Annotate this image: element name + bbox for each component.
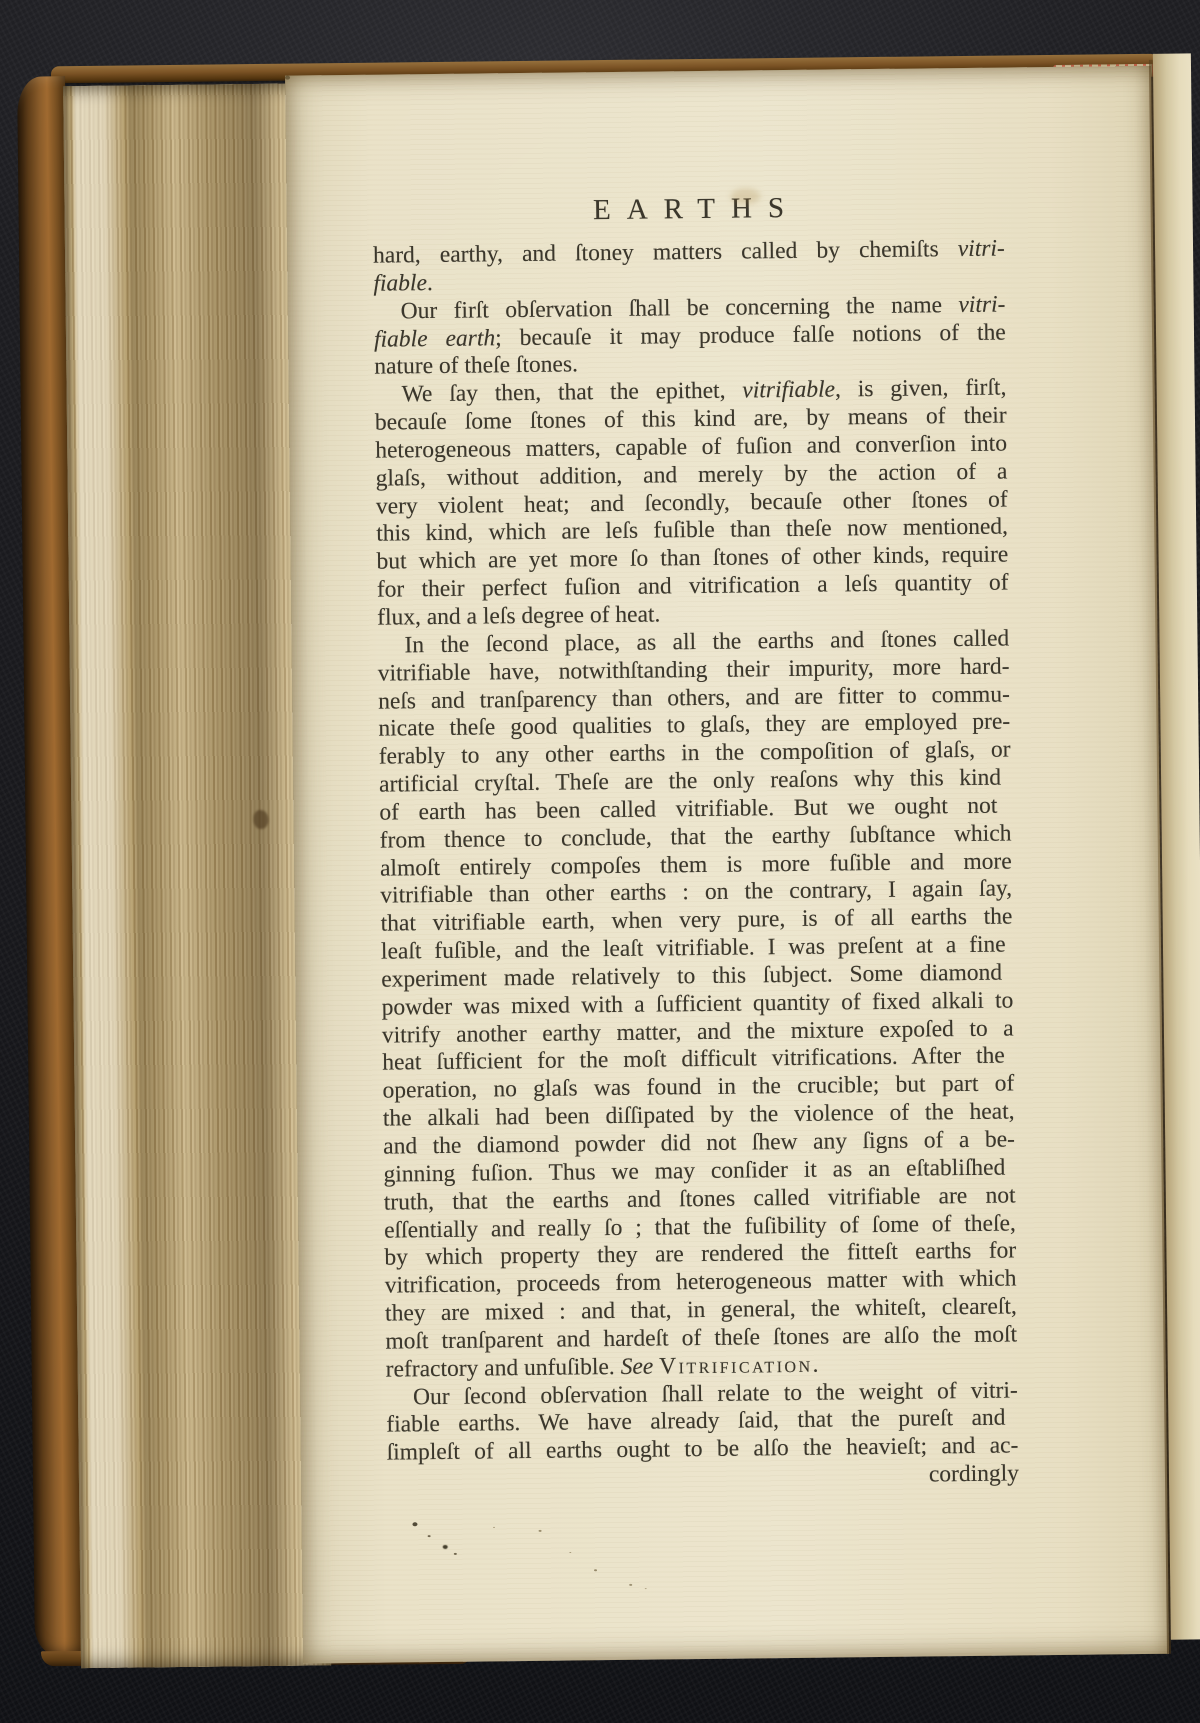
photo-of-book: { "colors": { "backdrop": "#18181c", "pa… xyxy=(0,0,1200,1723)
page-header: EARTHS xyxy=(372,188,1004,231)
foxing-specks xyxy=(285,76,290,80)
book-page: EARTHS hard, earthy, and ſtoney matters … xyxy=(285,66,1169,1664)
text-block: EARTHS hard, earthy, and ſtoney matters … xyxy=(372,188,1019,1496)
open-book: EARTHS hard, earthy, and ſtoney matters … xyxy=(17,51,1200,1676)
